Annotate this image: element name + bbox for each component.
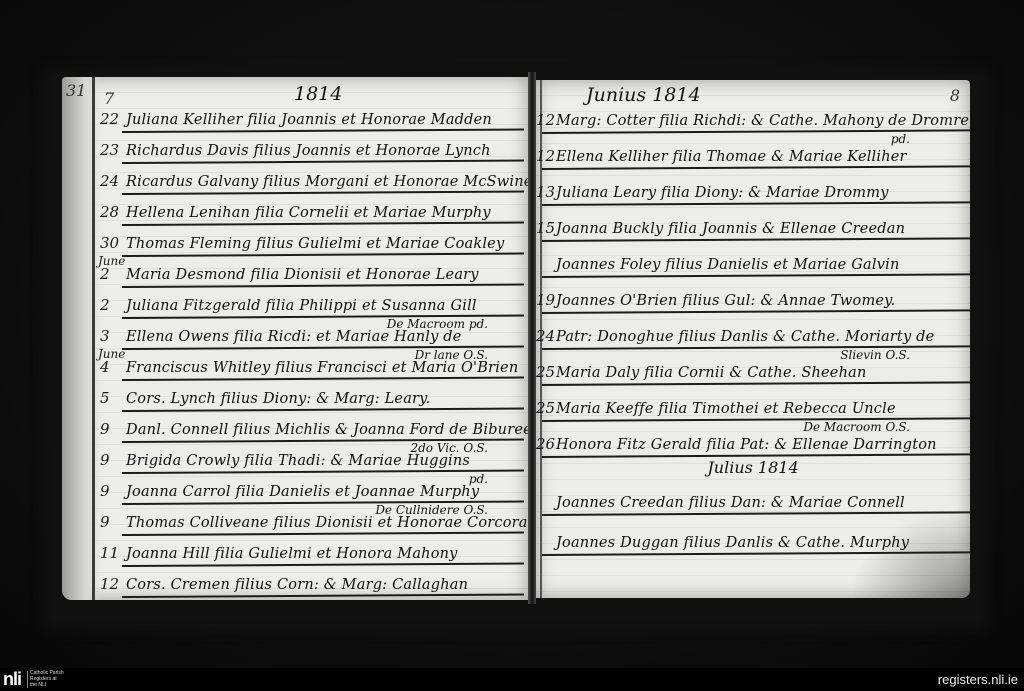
ruled-line (542, 201, 970, 206)
entry-text: Marg: Cotter filia Richdi: & Cathe. Maho… (556, 113, 969, 129)
entry-day: 23 (100, 141, 119, 159)
register-entry: 30Thomas Fleming filius Gulielmi et Mari… (62, 225, 528, 257)
entry-text: Ricardus Galvany filius Morgani et Honor… (126, 174, 528, 190)
footer-bar: nli Catholic Parish Registers at the NLI… (0, 668, 1024, 691)
entry-day: 2 (100, 265, 110, 283)
entry-text: Brigida Crowly filia Thadi: & Mariae Hug… (126, 453, 470, 469)
register-entry: Joannes Creedan filius Dan: & Mariae Con… (536, 484, 970, 516)
entry-text: Juliana Fitzgerald filia Philippi et Sus… (126, 298, 477, 314)
entry-text: Maria Keeffe filia Timothei et Rebecca U… (556, 401, 896, 417)
register-entry: Joannes Duggan filius Danlis & Cathe. Mu… (536, 524, 970, 556)
entry-day: 3 (100, 327, 110, 345)
entry-day: 5 (100, 389, 110, 407)
entry-text: Thomas Fleming filius Gulielmi et Mariae… (126, 236, 504, 252)
register-entry: 12Ellena Kelliher filia Thomae & Mariae … (536, 138, 970, 170)
ruled-line (542, 381, 970, 386)
register-entry: 2Juliana Fitzgerald filia Philippi et Su… (62, 287, 528, 319)
entry-text: Maria Daly filia Cornii & Cathe. Sheehan (556, 365, 867, 381)
register-entry: June2Maria Desmond filia Dionisii et Hon… (62, 256, 528, 288)
entry-day: 24 (100, 172, 119, 190)
register-entry: 24Patr: Donoghue filius Danlis & Cathe. … (536, 318, 970, 350)
register-entry: 11Joanna Hill filia Gulielmi et Honora M… (62, 535, 528, 567)
register-entry: 12Cors. Cremen filius Corn: & Marg: Call… (62, 566, 528, 598)
ruled-line (542, 165, 970, 170)
image-viewer: 31 7 1814 22Juliana Kelliher filia Joann… (0, 0, 1024, 668)
entry-text: Joannes Creedan filius Dan: & Mariae Con… (556, 495, 905, 511)
entry-text: Ellena Kelliher filia Thomae & Mariae Ke… (556, 149, 907, 165)
site-url-link[interactable]: registers.nli.ie (938, 672, 1018, 687)
register-entry: 25Maria Keeffe filia Timothei et Rebecca… (536, 390, 970, 422)
register-entry: 22Juliana Kelliher filia Joannis et Hono… (62, 101, 528, 133)
entry-text: Ellena Owens filia Ricdi: et Mariae Hanl… (126, 329, 462, 345)
entry-text: Cors. Cremen filius Corn: & Marg: Callag… (126, 577, 468, 593)
entry-day: 26 (536, 435, 555, 453)
register-entry: 15Joanna Buckly filia Joannis & Ellenae … (536, 210, 970, 242)
register-entry: 9Thomas Colliveane filius Dionisii et Ho… (62, 504, 528, 536)
entry-day: 12 (100, 575, 119, 593)
entry-day: 19 (536, 291, 555, 309)
entry-day: 9 (100, 482, 110, 500)
register-entry: 28Hellena Lenihan filia Cornelii et Mari… (62, 194, 528, 226)
register-entry: 13Juliana Leary filia Diony: & Mariae Dr… (536, 174, 970, 206)
register-entry: 23Richardus Davis filius Joannis et Hono… (62, 132, 528, 164)
entry-day: 9 (100, 451, 110, 469)
entry-day: 30 (100, 234, 119, 252)
entry-text: Patr: Donoghue filius Danlis & Cathe. Mo… (556, 329, 934, 345)
entry-day: 9 (100, 513, 110, 531)
entry-text: Maria Desmond filia Dionisii et Honorae … (126, 267, 479, 283)
entry-day: 25 (536, 399, 555, 417)
folio-mark: 31 (66, 81, 86, 100)
entry-text: Honora Fitz Gerald filia Pat: & Ellenae … (556, 437, 937, 453)
register-entry: 12Marg: Cotter filia Richdi: & Cathe. Ma… (536, 102, 970, 134)
entry-text: Franciscus Whitley filius Francisci et M… (126, 360, 518, 376)
entry-text: Joannes Foley filius Danielis et Mariae … (556, 257, 899, 273)
ruled-line (542, 551, 970, 556)
book-gutter (528, 72, 536, 604)
register-entry: 19Joannes O'Brien filius Gul: & Annae Tw… (536, 282, 970, 314)
register-entry: 3Ellena Owens filia Ricdi: et Mariae Han… (62, 318, 528, 350)
entry-text: Richardus Davis filius Joannis et Honora… (126, 143, 491, 159)
entry-text: Hellena Lenihan filia Cornelii et Mariae… (126, 205, 491, 221)
entry-day: 22 (100, 110, 119, 128)
entry-day: 12 (536, 147, 555, 165)
ruled-line (542, 309, 970, 314)
entry-text: Joanna Buckly filia Joannis & Ellenae Cr… (556, 221, 905, 237)
register-entry: June4Franciscus Whitley filius Francisci… (62, 349, 528, 381)
register-entry: 24Ricardus Galvany filius Morgani et Hon… (62, 163, 528, 195)
entry-day: 25 (536, 363, 555, 381)
entry-day: 24 (536, 327, 555, 345)
entry-day: 4 (100, 358, 110, 376)
entry-day: 13 (536, 183, 555, 201)
ruled-line (542, 237, 970, 242)
entry-text: Cors. Lynch filius Diony: & Marg: Leary. (126, 391, 430, 407)
register-entry: 26Honora Fitz Gerald filia Pat: & Ellena… (536, 426, 970, 458)
ruled-line (122, 594, 524, 598)
entry-text: Juliana Kelliher filia Joannis et Honora… (126, 112, 492, 128)
register-entry: Joannes Foley filius Danielis et Mariae … (536, 246, 970, 278)
entry-text: Joanna Carrol filia Danielis et Joannae … (126, 484, 479, 500)
register-entry: 5Cors. Lynch filius Diony: & Marg: Leary… (62, 380, 528, 412)
register-entry: 9Danl. Connell filius Michlis & Joanna F… (62, 411, 528, 443)
entry-text: Joannes O'Brien filius Gul: & Annae Twom… (556, 293, 895, 309)
entry-day: 2 (100, 296, 110, 314)
entry-text: Joanna Hill filia Gulielmi et Honora Mah… (126, 546, 458, 562)
register-entry: 25Maria Daly filia Cornii & Cathe. Sheeh… (536, 354, 970, 386)
entry-day: 9 (100, 420, 110, 438)
entry-day: 28 (100, 203, 119, 221)
left-page: 31 7 1814 22Juliana Kelliher filia Joann… (62, 77, 528, 600)
entry-text: Thomas Colliveane filius Dionisii et Hon… (126, 515, 528, 531)
register-entry: 9Joanna Carrol filia Danielis et Joannae… (62, 473, 528, 505)
nli-logo[interactable]: nli (3, 669, 21, 690)
ruled-line (542, 511, 970, 516)
section-header-julius: Julius 1814 (536, 458, 970, 477)
entry-day: 15 (536, 219, 555, 237)
entry-text: Juliana Leary filia Diony: & Mariae Drom… (556, 185, 889, 201)
entry-text: Joannes Duggan filius Danlis & Cathe. Mu… (556, 535, 909, 551)
right-page: Junius 1814 8 12Marg: Cotter filia Richd… (536, 80, 970, 598)
entry-text: Danl. Connell filius Michlis & Joanna Fo… (126, 422, 528, 438)
ruled-line (542, 273, 970, 278)
entry-day: 12 (536, 111, 555, 129)
register-entry: 9Brigida Crowly filia Thadi: & Mariae Hu… (62, 442, 528, 474)
nli-logo-subtitle: Catholic Parish Registers at the NLI (30, 670, 64, 688)
entry-day: 11 (100, 544, 119, 562)
